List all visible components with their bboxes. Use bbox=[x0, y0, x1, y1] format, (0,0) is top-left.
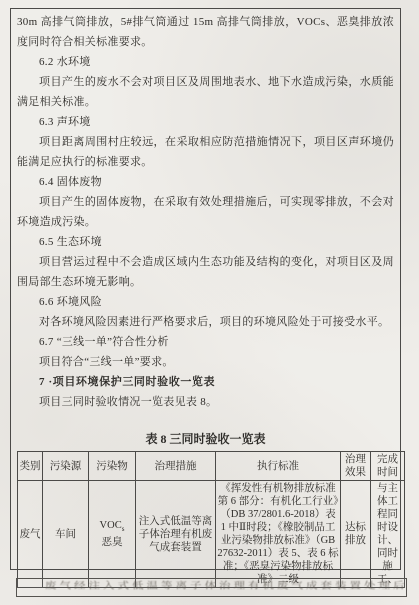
cell-executed-standard: 《挥发性有机物排放标准第 6 部分：有机化工行业》（DB 37/2801.6-2… bbox=[216, 481, 341, 588]
col-header-source: 污染源 bbox=[43, 452, 89, 481]
paragraph: 项目产生的固体废物，在采取有效处理措施后，可实现零排放，不会对环境造成污染。 bbox=[17, 192, 394, 232]
section-heading-6-4: 6.4 固体废物 bbox=[17, 172, 394, 192]
next-page-partial-row: 废气经注入式低温等离子体治理有机废气成套装置处理后 bbox=[16, 578, 407, 597]
col-header-completion: 完成时间 bbox=[371, 452, 405, 481]
section-heading-6-6: 6.6 环境风险 bbox=[17, 292, 394, 312]
document-page-frame: 30m 高排气筒排放，5#排气筒通过 15m 高排气筒排放，VOCs、恶臭排放浓… bbox=[10, 8, 401, 570]
section-heading-6-5: 6.5 生态环境 bbox=[17, 232, 394, 252]
col-header-pollutant: 污染物 bbox=[89, 452, 136, 481]
col-header-effect: 治理效果 bbox=[341, 452, 371, 481]
table-title: 表 8 三同时验收一览表 bbox=[17, 432, 394, 447]
section-heading-7: 7 ·项目环境保护三同时验收一览表 bbox=[17, 372, 394, 392]
cell-category: 废气 bbox=[18, 481, 43, 588]
paragraph: 30m 高排气筒排放，5#排气筒通过 15m 高排气筒排放，VOCs、恶臭排放浓… bbox=[17, 12, 394, 52]
cell-treatment-measure: 注入式低温等离子体治理有机废气成套装置 bbox=[136, 481, 216, 588]
col-header-standard: 执行标准 bbox=[216, 452, 341, 481]
col-header-category: 类别 bbox=[18, 452, 43, 481]
cell-pollutant: VOCs 恶臭 bbox=[89, 481, 136, 588]
table-header-row: 类别 污染源 污染物 治理措施 执行标准 治理效果 完成时间 bbox=[18, 452, 405, 481]
cell-completion-time: 与主体工程同时设计、同时施工、 bbox=[371, 481, 405, 588]
cell-source: 车间 bbox=[43, 481, 89, 588]
section-heading-6-3: 6.3 声环境 bbox=[17, 112, 394, 132]
col-header-measure: 治理措施 bbox=[136, 452, 216, 481]
pollutant-odor: 恶臭 bbox=[90, 536, 134, 549]
paragraph: 项目符合“三线一单”要求。 bbox=[17, 352, 394, 372]
pollutant-voc-subscript: s bbox=[122, 525, 125, 533]
paragraph: 项目距离周围村庄较远，在采取相应防范措施情况下，项目区声环境仍能满足应执行的标准… bbox=[17, 132, 394, 172]
paragraph: 对各环境风险因素进行严格要求后，项目的环境风险处于可接受水平。 bbox=[17, 312, 394, 332]
cell-treatment-effect: 达标排放 bbox=[341, 481, 371, 588]
pollutant-voc: VOC bbox=[100, 520, 122, 531]
paragraph: 项目产生的废水不会对项目区及周围地表水、地下水造成污染，水质能满足相关标准。 bbox=[17, 72, 394, 112]
section-heading-6-2: 6.2 水环境 bbox=[17, 52, 394, 72]
table-row: 废气 车间 VOCs 恶臭 注入式低温等离子体治理有机废气成套装置 《挥发性有机… bbox=[18, 481, 405, 588]
paragraph: 项目三同时验收情况一览表见表 8。 bbox=[17, 392, 394, 412]
section-heading-6-7: 6.7 “三线一单”符合性分析 bbox=[17, 332, 394, 352]
paragraph: 项目营运过程中不会造成区域内生态功能及结构的变化，对项目区及周围局部生态环境无影… bbox=[17, 252, 394, 292]
three-simultaneous-acceptance-table: 类别 污染源 污染物 治理措施 执行标准 治理效果 完成时间 废气 车间 VOC… bbox=[17, 451, 405, 588]
partial-clipped-text: 废气经注入式低温等离子体治理有机废气成套装置处理后 bbox=[17, 579, 406, 593]
